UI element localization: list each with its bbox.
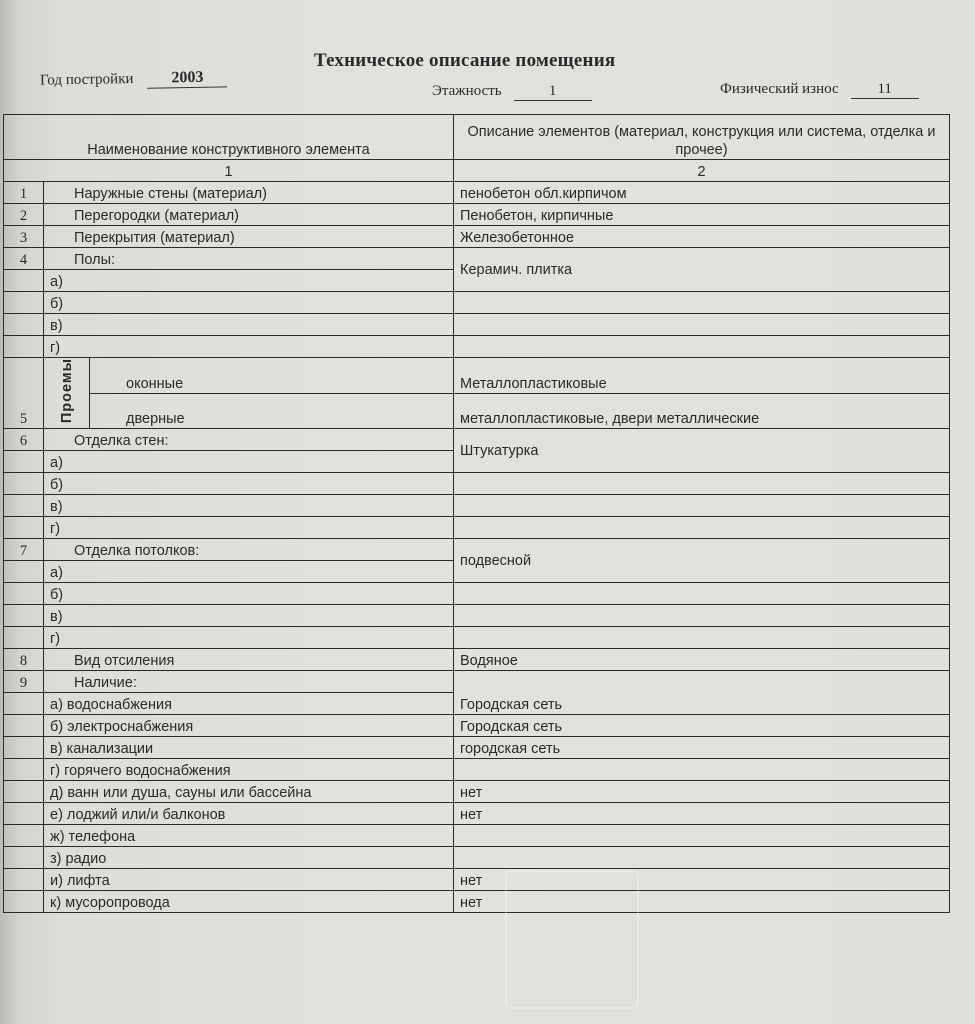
sub-item: г) горячего водоснабжения [44, 759, 454, 781]
construction-year: Год постройки2003 [40, 68, 228, 90]
sub-item: к) мусоропровода [44, 891, 454, 913]
row-number: 3 [4, 226, 44, 248]
sub-item: а) [44, 451, 454, 473]
element-desc: Городская сеть [454, 671, 950, 715]
element-desc: городская сеть [454, 737, 950, 759]
element-desc: Штукатурка [454, 429, 950, 473]
row-number: 4 [4, 248, 44, 270]
sub-item: в) [44, 314, 454, 336]
element-name: Наружные стены (материал) [44, 182, 454, 204]
table-row: в) [4, 495, 950, 517]
openings-group-label: Проемы [58, 358, 76, 423]
element-name: Полы: [44, 248, 454, 270]
table-row: 3 Перекрытия (материал) Железобетонное [4, 226, 950, 248]
table-row: з) радио [4, 847, 950, 869]
table-row: б) [4, 292, 950, 314]
table-row: и) лифта нет [4, 869, 950, 891]
sub-item: в) [44, 605, 454, 627]
row-number: 5 [4, 358, 44, 429]
document-title: Техническое описание помещения [314, 50, 615, 72]
element-desc: Керамич. плитка [454, 248, 950, 292]
table-row: 4 Полы: Керамич. плитка [4, 248, 950, 270]
element-desc: металлопластиковые, двери металлические [454, 393, 950, 429]
element-desc: Городская сеть [454, 715, 950, 737]
col1-header: Наименование конструктивного элемента [4, 115, 454, 160]
table-row: д) ванн или душа, сауны или бассейна нет [4, 781, 950, 803]
sub-item: а) водоснабжения [44, 693, 454, 715]
sub-item: б) [44, 583, 454, 605]
element-desc [454, 847, 950, 869]
table-row: 9 Наличие: Городская сеть [4, 671, 950, 693]
element-name: Отделка стен: [44, 429, 454, 451]
sub-item: г) [44, 517, 454, 539]
sub-item: в) канализации [44, 737, 454, 759]
table-row: б) [4, 583, 950, 605]
table-row: г) горячего водоснабжения [4, 759, 950, 781]
wear-label: Физический износ [720, 81, 839, 97]
element-desc [454, 825, 950, 847]
year-value: 2003 [147, 68, 227, 88]
floors-label: Этажность [432, 83, 502, 99]
table-row: б) электроснабжения Городская сеть [4, 715, 950, 737]
element-name: оконные [90, 358, 454, 394]
row-number: 6 [4, 429, 44, 451]
technical-description-table: Наименование конструктивного элемента Оп… [3, 114, 950, 913]
element-desc: Металлопластиковые [454, 358, 950, 394]
element-desc [454, 759, 950, 781]
table-row: к) мусоропровода нет [4, 891, 950, 913]
col1-number: 1 [4, 160, 454, 182]
sub-item: б) [44, 292, 454, 314]
element-desc: Железобетонное [454, 226, 950, 248]
table-row: 1 Наружные стены (материал) пенобетон об… [4, 182, 950, 204]
physical-wear: Физический износ11 [720, 81, 919, 99]
element-desc: нет [454, 803, 950, 825]
element-desc: Водяное [454, 649, 950, 671]
row-number: 2 [4, 204, 44, 226]
col2-number: 2 [454, 160, 950, 182]
table-row: в) канализации городская сеть [4, 737, 950, 759]
row-number: 9 [4, 671, 44, 693]
sub-item: а) [44, 561, 454, 583]
element-name: дверные [90, 393, 454, 429]
sub-item: г) [44, 627, 454, 649]
table-row: 2 Перегородки (материал) Пенобетон, кирп… [4, 204, 950, 226]
table-row: дверные металлопластиковые, двери металл… [4, 393, 950, 429]
table-row: 5 Проемы оконные Металлопластиковые [4, 358, 950, 394]
table-row: в) [4, 605, 950, 627]
column-number-row: 1 2 [4, 160, 950, 182]
table-header-row: Наименование конструктивного элемента Оп… [4, 115, 950, 160]
element-name: Вид отсиления [44, 649, 454, 671]
table-row: 8 Вид отсиления Водяное [4, 649, 950, 671]
table-row: г) [4, 517, 950, 539]
row-number: 7 [4, 539, 44, 561]
table-row: в) [4, 314, 950, 336]
sub-item: а) [44, 270, 454, 292]
element-name: Отделка потолков: [44, 539, 454, 561]
table-row: 6 Отделка стен: Штукатурка [4, 429, 950, 451]
sub-item: ж) телефона [44, 825, 454, 847]
element-desc: нет [454, 781, 950, 803]
watermark [505, 870, 639, 1009]
element-name: Перегородки (материал) [44, 204, 454, 226]
table-row: ж) телефона [4, 825, 950, 847]
row-number: 1 [4, 182, 44, 204]
sub-item: б) электроснабжения [44, 715, 454, 737]
sub-item: д) ванн или душа, сауны или бассейна [44, 781, 454, 803]
element-name: Наличие: [44, 671, 454, 693]
year-label: Год постройки [40, 71, 134, 89]
sub-item: е) лоджий или/и балконов [44, 803, 454, 825]
table-row: г) [4, 336, 950, 358]
wear-value: 11 [851, 81, 919, 99]
element-desc: подвесной [454, 539, 950, 583]
table-row: б) [4, 473, 950, 495]
sub-item: з) радио [44, 847, 454, 869]
element-desc: Пенобетон, кирпичные [454, 204, 950, 226]
sub-item: г) [44, 336, 454, 358]
element-desc: пенобетон обл.кирпичом [454, 182, 950, 204]
table-row: 7 Отделка потолков: подвесной [4, 539, 950, 561]
table-row: г) [4, 627, 950, 649]
sub-item: в) [44, 495, 454, 517]
floors-value: 1 [514, 83, 592, 101]
element-name: Перекрытия (материал) [44, 226, 454, 248]
floors: Этажность1 [432, 83, 592, 101]
row-number: 8 [4, 649, 44, 671]
sub-item: и) лифта [44, 869, 454, 891]
col2-header: Описание элементов (материал, конструкци… [454, 115, 950, 160]
sub-item: б) [44, 473, 454, 495]
table-row: е) лоджий или/и балконов нет [4, 803, 950, 825]
